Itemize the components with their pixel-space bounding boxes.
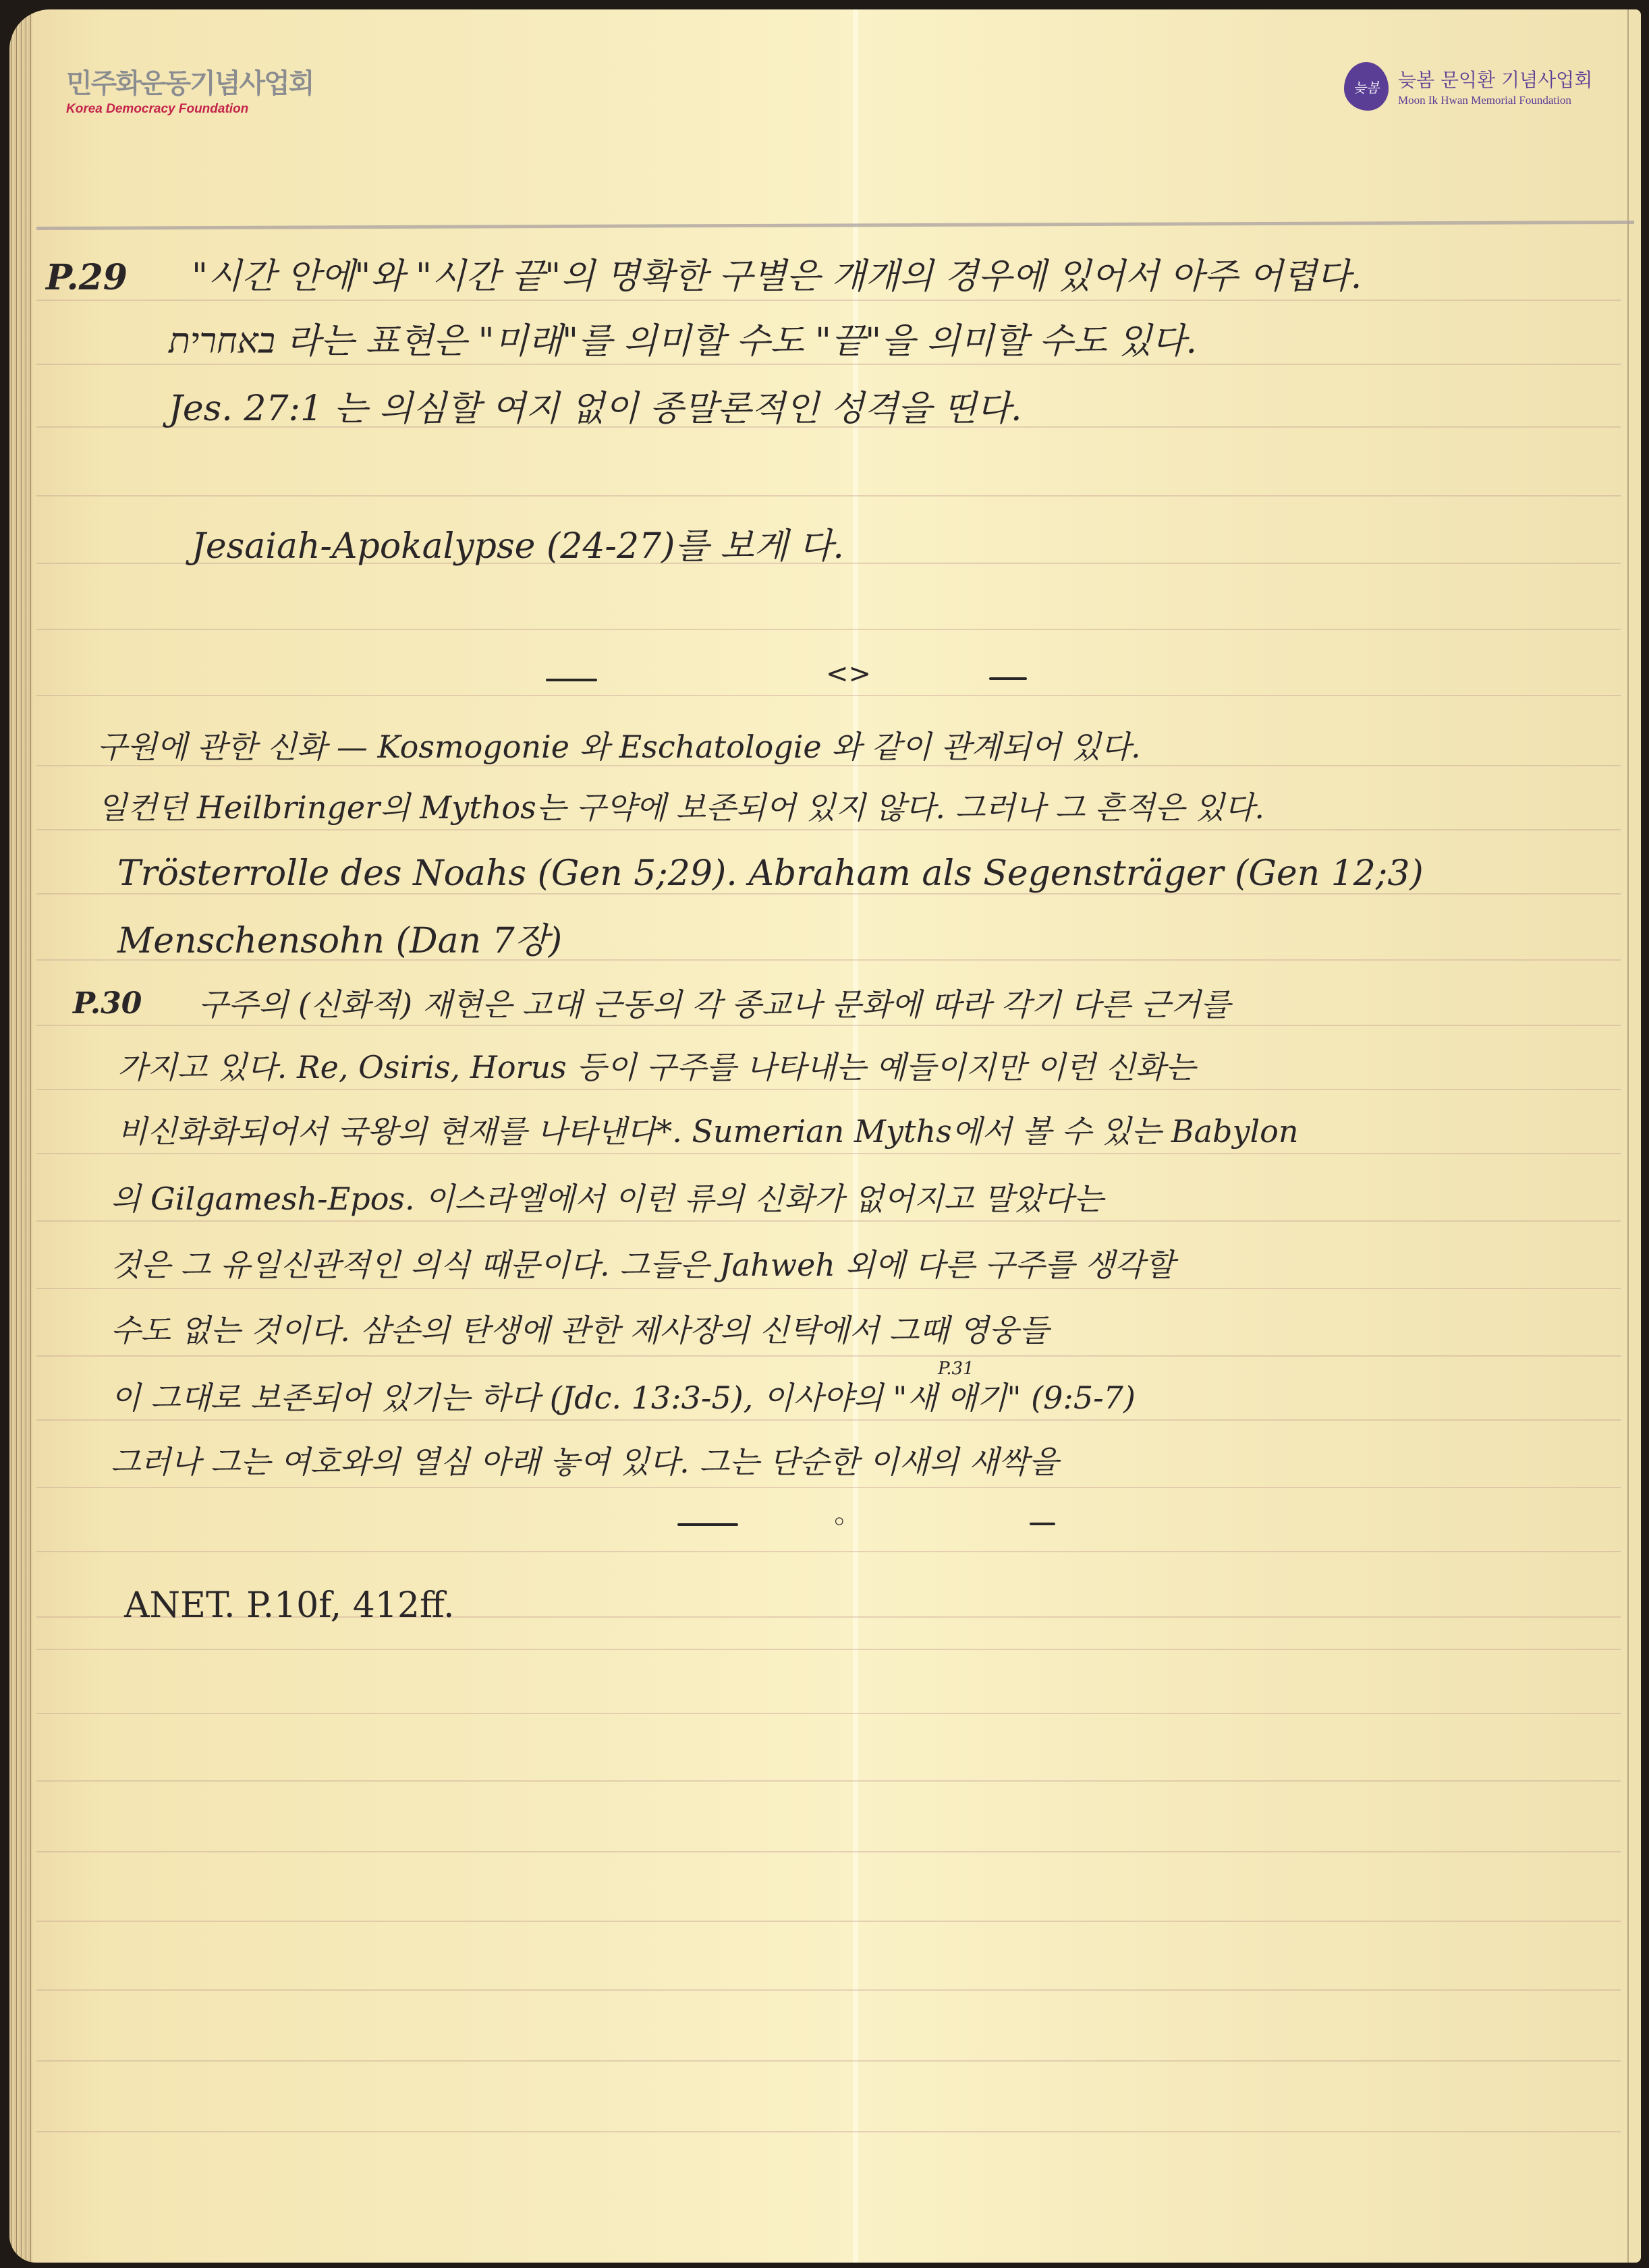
- ruled-line: [36, 1921, 1621, 1922]
- header-rule: [36, 221, 1634, 230]
- moon-foundation-english-name: Moon Ik Hwan Memorial Foundation: [1398, 94, 1592, 107]
- note-line: 이 그대로 보존되어 있기는 하다 (Jdc. 13:3-5), 이사야의 "새…: [111, 1382, 1136, 1413]
- ruled-line: [36, 1487, 1621, 1488]
- ruled-line: [36, 1989, 1621, 1991]
- note-line: 의 Gilgamesh-Epos. 이스라엘에서 이런 류의 신화가 없어지고 …: [111, 1183, 1104, 1214]
- ruled-line: [36, 1419, 1621, 1421]
- page-right-edge: [1627, 9, 1629, 2263]
- note-line: באחרית 라는 표현은 "미래"를 의미할 수도 "끝"을 의미할 수도 있…: [169, 324, 1197, 359]
- note-line: "시간 안에"와 "시간 끝"의 명확한 구별은 개개의 경우에 있어서 아주 …: [192, 259, 1362, 294]
- note-line: 일컨던 Heilbringer의 Mythos는 구약에 보존되어 있지 않다.…: [97, 792, 1264, 823]
- note-line: 것은 그 유일신관적인 의식 때문이다. 그들은 Jahweh 외에 다른 구주…: [111, 1249, 1175, 1280]
- ruled-line: [36, 1355, 1621, 1357]
- note-line: Jesaiah-Apokalypse (24-27)를 보게 다.: [192, 529, 844, 564]
- anet-reference: ANET. P.10f, 412ff.: [124, 1588, 455, 1623]
- ruled-line: [36, 829, 1621, 830]
- ruled-line: [36, 364, 1621, 365]
- divider-dash: [546, 679, 597, 681]
- note-line: 가지고 있다. Re, Osiris, Horus 등이 구주를 나타내는 예들…: [117, 1052, 1196, 1083]
- kdf-korean-name: 민주화운동기념사업회: [66, 62, 313, 101]
- ruled-line: [36, 1649, 1621, 1650]
- neutbom-emblem-icon: 늦봄: [1344, 62, 1389, 111]
- ruled-line: [36, 1089, 1621, 1090]
- page-reference-p29: P.29: [46, 260, 128, 295]
- page-reference-p30: P.30: [73, 989, 142, 1019]
- divider-symbol: <>: [826, 658, 871, 689]
- ruled-line: [36, 1851, 1621, 1852]
- note-line: 수도 없는 것이다. 삼손의 탄생에 관한 제사장의 신탁에서 그때 영웅들: [111, 1315, 1049, 1346]
- moon-ik-hwan-foundation-logo: 늦봄 늦봄 문익환 기념사업회 Moon Ik Hwan Memorial Fo…: [1344, 62, 1592, 111]
- kdf-english-name: Korea Democracy Foundation: [66, 102, 313, 117]
- note-line: 구원에 관한 신화 — Kosmogonie 와 Eschatologie 와 …: [97, 731, 1141, 762]
- divider-dash: [1030, 1523, 1055, 1525]
- moon-foundation-korean-name: 늦봄 문익환 기념사업회: [1398, 65, 1592, 92]
- note-line: Trösterrolle des Noahs (Gen 5;29). Abrah…: [117, 856, 1424, 891]
- ruled-line: [36, 765, 1621, 766]
- page-stack-edge: [9, 9, 32, 2263]
- divider-dash: [677, 1523, 738, 1526]
- note-line: Menschensohn (Dan 7장): [117, 924, 562, 959]
- ruled-line: [36, 1220, 1621, 1222]
- ruled-line: [36, 695, 1621, 696]
- ruled-line: [36, 300, 1621, 301]
- note-line: 그러나 그는 여호와의 열심 아래 놓여 있다. 그는 단순한 이새의 새싹을: [111, 1446, 1059, 1477]
- korea-democracy-foundation-logo: 민주화운동기념사업회 Korea Democracy Foundation: [66, 62, 313, 117]
- divider-symbol: ◦: [831, 1507, 847, 1538]
- note-line: 구주의 (신화적) 재현은 고대 근동의 각 종교나 문화에 따라 각기 다른 …: [198, 989, 1231, 1020]
- note-line: 비신화화되어서 국왕의 현재를 나타낸다*. Sumerian Myths에서 …: [117, 1116, 1298, 1147]
- ruled-line: [36, 495, 1621, 497]
- ruled-line: [36, 2131, 1621, 2132]
- ruled-line: [36, 1025, 1621, 1026]
- ruled-line: [36, 1551, 1621, 1552]
- ruled-line: [36, 2060, 1621, 2062]
- notebook-page: 민주화운동기념사업회 Korea Democracy Foundation 늦봄…: [9, 9, 1641, 2263]
- note-line: Jes. 27:1 는 의심할 여지 없이 종말론적인 성격을 띤다.: [169, 391, 1022, 426]
- ruled-line: [36, 1780, 1621, 1782]
- page-reference-p31: P.31: [938, 1359, 974, 1379]
- ruled-line: [36, 1713, 1621, 1714]
- ruled-line: [36, 629, 1621, 630]
- ruled-line: [36, 1153, 1621, 1154]
- divider-dash: [989, 677, 1027, 680]
- ruled-line: [36, 1288, 1621, 1289]
